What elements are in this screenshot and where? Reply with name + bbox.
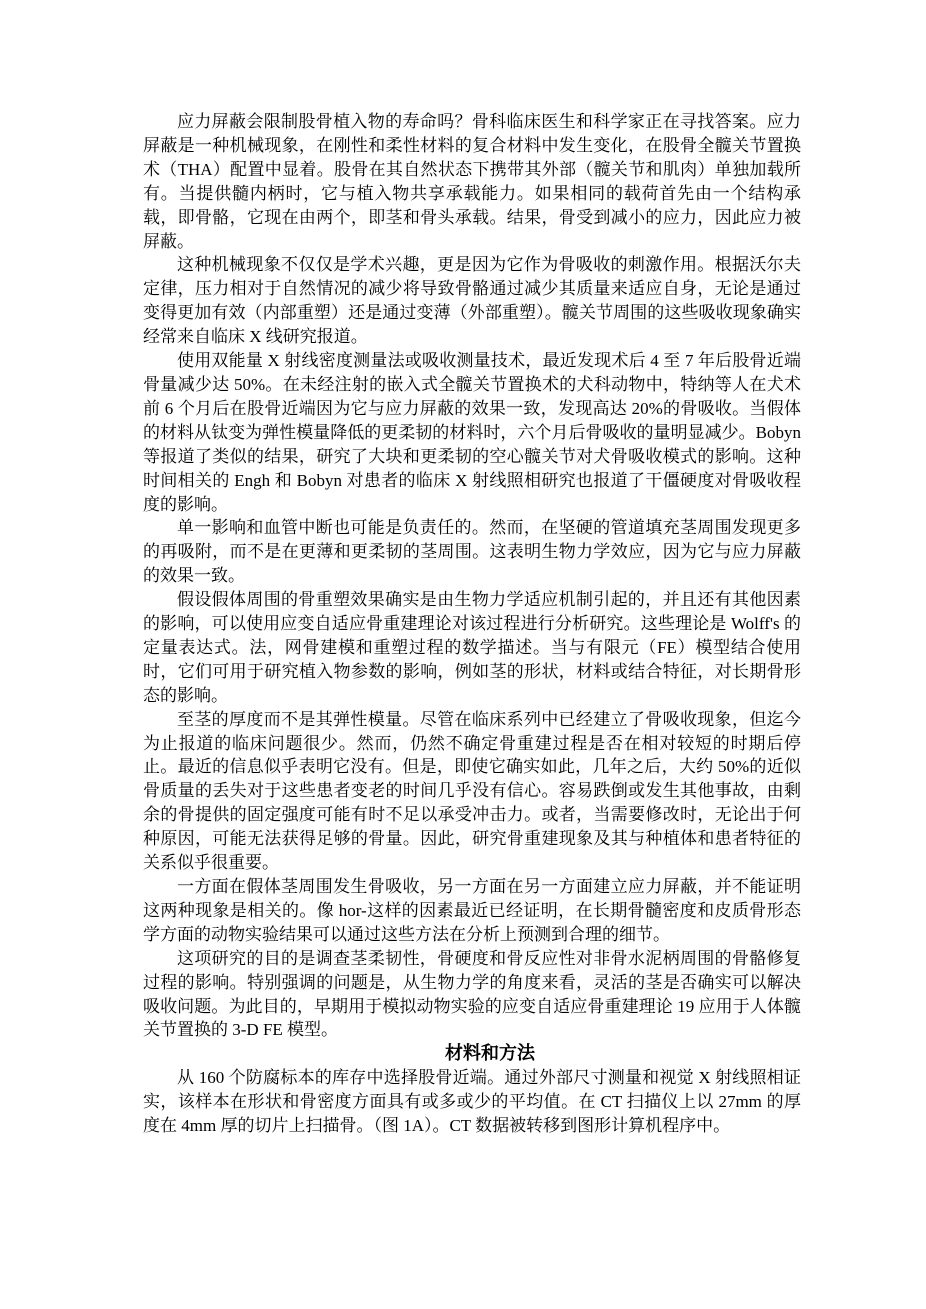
section-heading-materials-and-methods: 材料和方法 [143,1042,801,1066]
paragraph-clinical-concerns: 至茎的厚度而不是其弹性模量。尽管在临床系列中已经建立了骨吸收现象，但迄今为止报道… [143,708,801,875]
paragraph-intro-stress-shielding: 应力屏蔽会限制股骨植入物的寿命吗？骨科临床医生和科学家正在寻找答案。应力屏蔽是一… [143,110,801,253]
paragraph-dexa-findings: 使用双能量 X 射线密度测量法或吸收测量技术，最近发现术后 4 至 7 年后股骨… [143,349,801,516]
paragraph-study-purpose: 这项研究的目的是调查茎柔韧性，骨硬度和骨反应性对非骨水泥柄周围的骨骼修复过程的影… [143,947,801,1043]
paragraph-mechanical-phenomenon: 这种机械现象不仅仅是学术兴趣，更是因为它作为骨吸收的刺激作用。根据沃尔夫定律，压… [143,253,801,349]
paragraph-remodeling-theories: 假设假体周围的骨重塑效果确实是由生物力学适应机制引起的，并且还有其他因素的影响，… [143,588,801,708]
document-page: 应力屏蔽会限制股骨植入物的寿命吗？骨科临床医生和科学家正在寻找答案。应力屏蔽是一… [0,0,926,1309]
paragraph-specimen-selection: 从 160 个防腐标本的库存中选择股骨近端。通过外部尺寸测量和视觉 X 射线照相… [143,1066,801,1138]
paragraph-resorption-correlation: 一方面在假体茎周围发生骨吸收，另一方面在另一方面建立应力屏蔽，并不能证明这两种现… [143,875,801,947]
paragraph-vascular-interruption: 单一影响和血管中断也可能是负责任的。然而，在坚硬的管道填充茎周围发现更多的再吸附… [143,516,801,588]
document-content: 应力屏蔽会限制股骨植入物的寿命吗？骨科临床医生和科学家正在寻找答案。应力屏蔽是一… [143,110,801,1138]
